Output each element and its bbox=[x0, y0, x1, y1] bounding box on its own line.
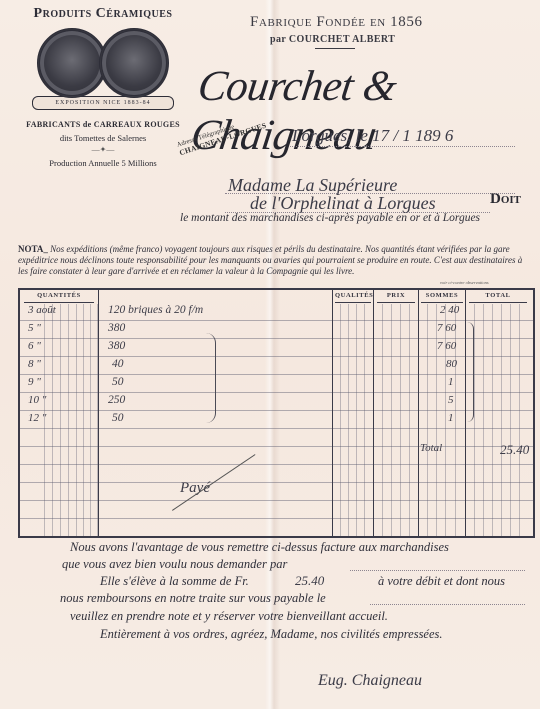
row-description: 50 bbox=[112, 376, 124, 388]
brace-mark bbox=[467, 322, 474, 422]
divider bbox=[315, 48, 355, 49]
tomettes-line: dits Tomettes de Salernes bbox=[8, 133, 198, 143]
header-total: TOTAL bbox=[469, 292, 527, 303]
row-date: 6 " bbox=[28, 340, 41, 352]
montant-line: le montant des marchandises ci-après pay… bbox=[180, 212, 480, 224]
row-description: 250 bbox=[108, 394, 125, 406]
header-sommes: SOMMES bbox=[421, 292, 463, 303]
brace-mark bbox=[205, 333, 216, 423]
total-value: 25.40 bbox=[500, 442, 529, 458]
dotted-line bbox=[290, 146, 515, 147]
medals bbox=[33, 28, 173, 100]
row-date: 3 août bbox=[28, 304, 56, 316]
header-qualites: QUALITÉS bbox=[335, 292, 371, 303]
ornament-separator: —✦— bbox=[8, 145, 198, 154]
invoice-table: QUANTITÉS QUALITÉS PRIX SOMMES TOTAL 3 a… bbox=[18, 288, 535, 538]
medal-icon bbox=[99, 28, 169, 98]
closing-line-4: nous remboursons en notre traite sur vou… bbox=[60, 591, 326, 606]
column-divider bbox=[98, 290, 99, 536]
closing-line-5: veuillez en prendre note et y réserver v… bbox=[70, 609, 388, 624]
column-divider bbox=[418, 290, 419, 536]
addressee-line-2: de l'Orphelinat à Lorgues bbox=[250, 193, 436, 214]
row-date: 5 " bbox=[28, 322, 41, 334]
row-somme: 1 bbox=[448, 412, 454, 424]
products-title: Produits Céramiques bbox=[8, 6, 198, 22]
row-somme: 7 60 bbox=[437, 340, 456, 352]
nota-text: Nos expéditions (même franco) voyagent t… bbox=[18, 244, 522, 276]
nota-label: NOTA_ bbox=[18, 244, 48, 254]
nota-paragraph: NOTA_ Nos expéditions (même franco) voya… bbox=[18, 244, 533, 277]
doit-label: Doit bbox=[490, 191, 521, 208]
column-divider bbox=[373, 290, 374, 536]
header-quantites: QUANTITÉS bbox=[24, 292, 94, 303]
row-description: 40 bbox=[112, 358, 124, 370]
closing-line-6: Entièrement à vos ordres, agréez, Madame… bbox=[100, 627, 443, 642]
invoice-page: Produits Céramiques EXPOSITION NICE 1883… bbox=[0, 0, 540, 709]
closing-line-3b: à votre débit et dont nous bbox=[378, 574, 505, 589]
row-description: 380 bbox=[108, 340, 125, 352]
dotted-line bbox=[350, 570, 525, 571]
row-date: 9 " bbox=[28, 376, 41, 388]
row-somme: 1 bbox=[448, 376, 454, 388]
row-description: 120 briques à 20 f/m bbox=[108, 304, 203, 316]
letterhead-left: Produits Céramiques EXPOSITION NICE 1883… bbox=[8, 6, 198, 168]
row-date: 8 " bbox=[28, 358, 41, 370]
column-divider bbox=[332, 290, 333, 536]
medal-icon bbox=[37, 28, 107, 98]
dotted-line bbox=[370, 604, 525, 605]
table-note: voir ci-contre observations bbox=[440, 280, 489, 285]
place-date: Lorgues, le 17 / 1 189 6 bbox=[292, 126, 453, 146]
row-somme: 80 bbox=[446, 358, 457, 370]
founder-line: par COURCHET ALBERT bbox=[270, 34, 395, 45]
row-date: 10 " bbox=[28, 394, 46, 406]
row-date: 12 " bbox=[28, 412, 46, 424]
closing-amount: 25.40 bbox=[295, 573, 324, 589]
total-label: Total bbox=[420, 442, 442, 454]
closing-line-2: que vous avez bien voulu nous demander p… bbox=[62, 557, 287, 572]
column-divider bbox=[465, 290, 466, 536]
signature: Eug. Chaigneau bbox=[318, 672, 422, 690]
production-line: Production Annuelle 5 Millions bbox=[8, 158, 198, 168]
row-somme: 2 40 bbox=[440, 304, 459, 316]
closing-line-3a: Elle s'élève à la somme de Fr. bbox=[100, 574, 249, 589]
header-prix: PRIX bbox=[377, 292, 415, 303]
row-description: 50 bbox=[112, 412, 124, 424]
closing-line-1: Nous avons l'avantage de vous remettre c… bbox=[70, 540, 449, 555]
row-description: 380 bbox=[108, 322, 125, 334]
founded-line: Fabrique Fondée en 1856 bbox=[250, 14, 423, 31]
manufacturer-line: FABRICANTS de CARREAUX ROUGES bbox=[8, 120, 198, 129]
row-somme: 7 60 bbox=[437, 322, 456, 334]
row-somme: 5 bbox=[448, 394, 454, 406]
